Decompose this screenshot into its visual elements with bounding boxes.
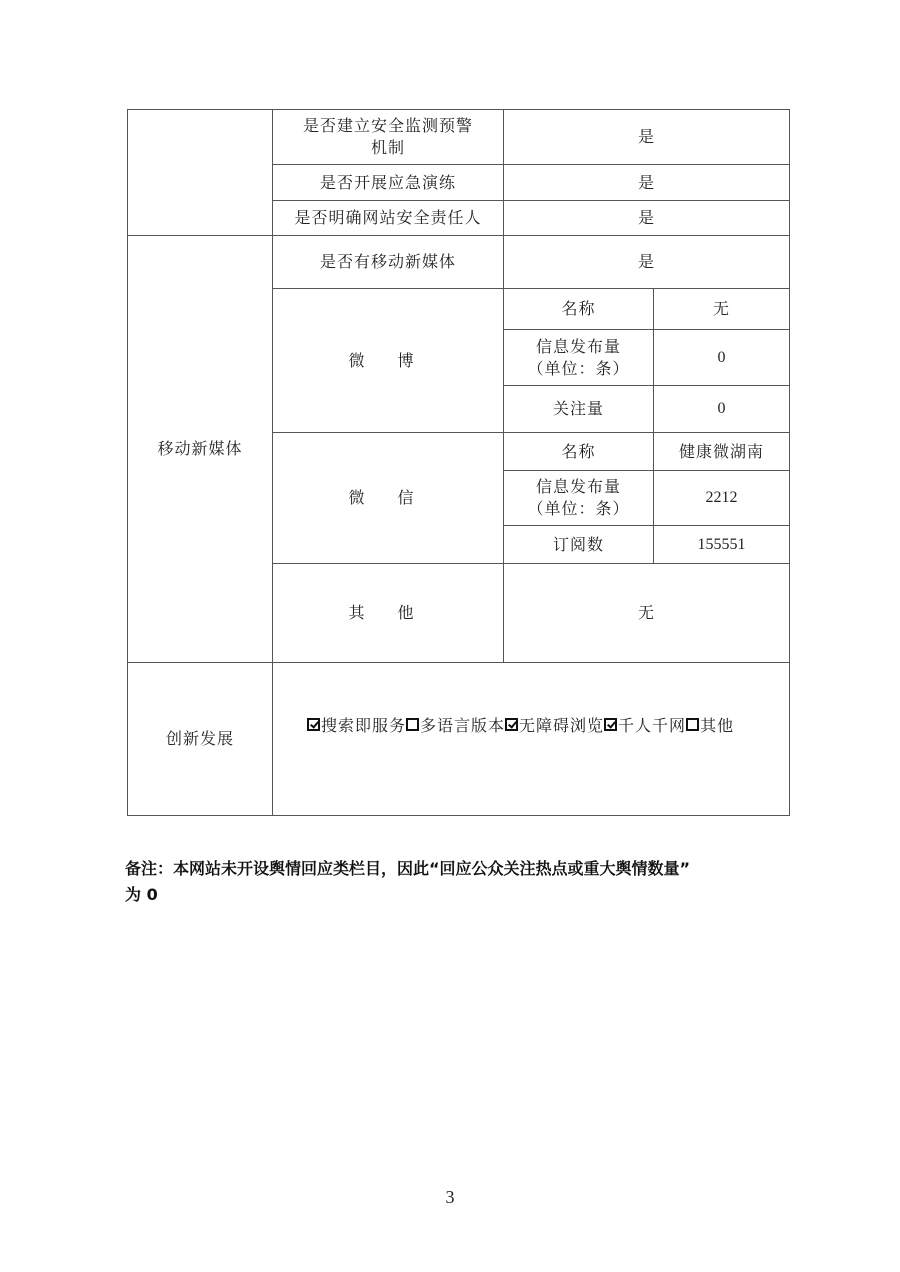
label-line: 是否建立安全监测预警 (303, 115, 473, 137)
wechat-posts-value: 2212 (654, 471, 789, 525)
checkbox-unchecked-icon[interactable] (406, 718, 419, 731)
wechat-name-label: 名称 (504, 433, 653, 470)
has-mobile-media-label: 是否有移动新媒体 (273, 236, 503, 288)
label-line: （单位：条） (527, 498, 629, 520)
wechat-subscribers-value: 155551 (654, 526, 789, 563)
option-label: 搜索即服务 (321, 713, 406, 736)
option-label: 千人千网 (618, 713, 686, 736)
security-monitoring-label: 是否建立安全监测预警 机制 (273, 110, 503, 164)
weibo-followers-label: 关注量 (504, 386, 653, 432)
checkbox-checked-icon[interactable] (604, 718, 617, 731)
option-label: 多语言版本 (420, 713, 505, 736)
has-mobile-media-value: 是 (504, 236, 789, 288)
table-border-bottom (127, 815, 790, 816)
checkbox-checked-icon[interactable] (505, 718, 518, 731)
security-officer-label: 是否明确网站安全责任人 (273, 201, 503, 235)
option-label: 无障碍浏览 (519, 713, 604, 736)
checkbox-unchecked-icon[interactable] (686, 718, 699, 731)
option-label: 其他 (700, 713, 734, 736)
table-border-right (789, 109, 790, 816)
weibo-followers-value: 0 (654, 386, 789, 432)
emergency-drill-label: 是否开展应急演练 (273, 165, 503, 200)
security-monitoring-value: 是 (504, 110, 789, 164)
label-line: 信息发布量 (536, 476, 621, 498)
wechat-label: 微 信 (273, 433, 503, 563)
other-media-label: 其 他 (273, 564, 503, 662)
weibo-label: 微 博 (273, 289, 503, 432)
label-line: 机制 (371, 137, 405, 159)
wechat-posts-label: 信息发布量 （单位：条） (504, 471, 653, 525)
label-line: （单位：条） (527, 358, 629, 380)
innovation-options: 搜索即服务 多语言版本 无障碍浏览 千人千网 其他 (307, 713, 734, 736)
weibo-posts-label: 信息发布量 （单位：条） (504, 330, 653, 385)
page-number: 3 (0, 1187, 900, 1208)
footnote-line: 备注：本网站未开设舆情回应类栏目，因此“回应公众关注热点或重大舆情数量” (125, 856, 805, 882)
footnote: 备注：本网站未开设舆情回应类栏目，因此“回应公众关注热点或重大舆情数量” 为 0 (125, 856, 805, 908)
label-line: 信息发布量 (536, 336, 621, 358)
weibo-posts-value: 0 (654, 330, 789, 385)
innovation-category: 创新发展 (128, 663, 272, 815)
wechat-name-value: 健康微湖南 (654, 433, 789, 470)
emergency-drill-value: 是 (504, 165, 789, 200)
other-media-value: 无 (504, 564, 789, 662)
mobile-media-category: 移动新媒体 (128, 236, 272, 662)
weibo-name-label: 名称 (504, 289, 653, 329)
wechat-subscribers-label: 订阅数 (504, 526, 653, 563)
security-officer-value: 是 (504, 201, 789, 235)
footnote-line: 为 0 (125, 882, 805, 908)
checkbox-checked-icon[interactable] (307, 718, 320, 731)
weibo-name-value: 无 (654, 289, 789, 329)
